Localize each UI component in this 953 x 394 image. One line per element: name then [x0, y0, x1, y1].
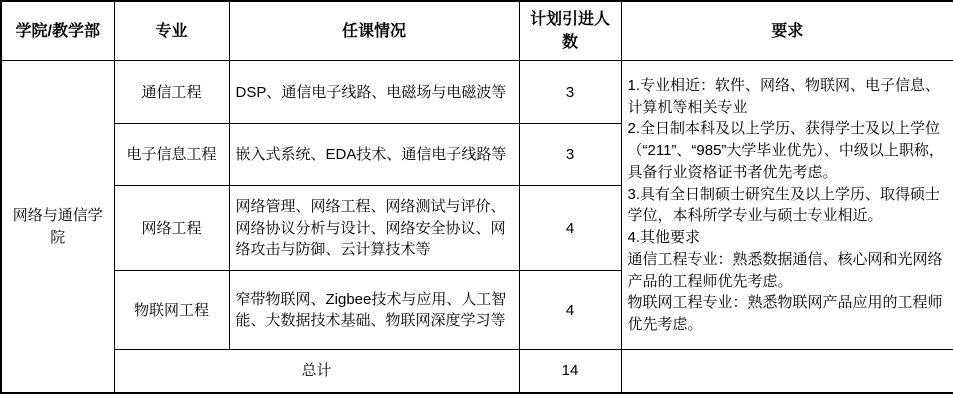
- header-college: 学院/教学部: [1, 1, 114, 61]
- header-courses: 任课情况: [229, 1, 519, 61]
- total-row: 总计 14: [1, 350, 953, 393]
- major-cell: 物联网工程: [114, 271, 229, 350]
- major-cell: 通信工程: [114, 61, 229, 124]
- courses-cell: DSP、通信电子线路、电磁场与电磁波等: [229, 61, 519, 124]
- table-row-communication-engineering: 网络与通信学院 通信工程 DSP、通信电子线路、电磁场与电磁波等 3 1.专业相…: [1, 61, 953, 124]
- courses-cell: 窄带物联网、Zigbee技术与应用、人工智能、大数据技术基础、物联网深度学习等: [229, 271, 519, 350]
- recruitment-plan-sheet: 学院/教学部 专业 任课情况 计划引进人数 要求 网络与通信学院 通信工程 DS…: [0, 0, 953, 387]
- major-cell: 网络工程: [114, 186, 229, 271]
- empty-requirements-cell: [621, 350, 953, 393]
- planned-count-cell: 4: [519, 271, 621, 350]
- recruitment-plan-table: 学院/教学部 专业 任课情况 计划引进人数 要求 网络与通信学院 通信工程 DS…: [0, 0, 953, 394]
- total-label-cell: 总计: [114, 350, 519, 393]
- total-value-cell: 14: [519, 350, 621, 393]
- courses-cell: 网络管理、网络工程、网络测试与评价、网络协议分析与设计、网络安全协议、网络攻击与…: [229, 186, 519, 271]
- header-major: 专业: [114, 1, 229, 61]
- header-requirements: 要求: [621, 1, 953, 61]
- courses-cell: 嵌入式系统、EDA技术、通信电子线路等: [229, 124, 519, 186]
- major-cell: 电子信息工程: [114, 124, 229, 186]
- planned-count-cell: 4: [519, 186, 621, 271]
- planned-count-cell: 3: [519, 124, 621, 186]
- planned-count-cell: 3: [519, 61, 621, 124]
- header-planned-count: 计划引进人数: [519, 1, 621, 61]
- header-row: 学院/教学部 专业 任课情况 计划引进人数 要求: [1, 1, 953, 61]
- college-name-cell: 网络与通信学院: [1, 61, 114, 393]
- requirements-cell: 1.专业相近：软件、网络、物联网、电子信息、计算机等相关专业 2.全日制本科及以…: [621, 61, 953, 350]
